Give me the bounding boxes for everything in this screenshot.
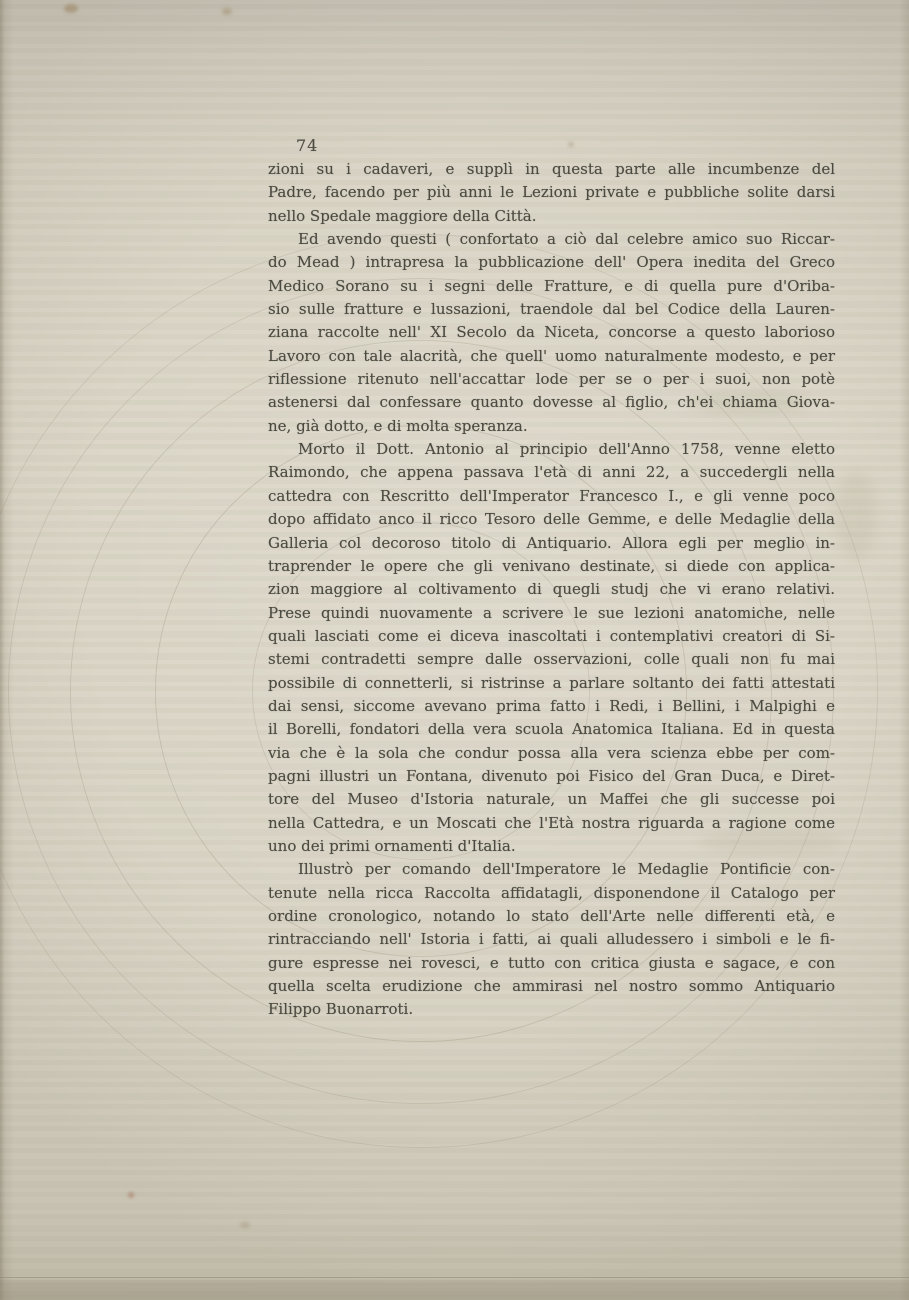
text-line: quella scelta erudizione che ammirasi ne… xyxy=(268,975,835,998)
text-line: Medico Sorano su i segni delle Fratture,… xyxy=(268,275,835,298)
text-line: quali lasciati come ei diceva inascoltat… xyxy=(268,625,835,648)
foxing-spot xyxy=(222,8,232,15)
text-line: Filippo Buonarroti. xyxy=(268,998,835,1021)
text-line: Prese quindi nuovamente a scrivere le su… xyxy=(268,602,835,625)
text-line: cattedra con Rescritto dell'Imperator Fr… xyxy=(268,485,835,508)
text-line: Ed avendo questi ( confortato a ciò dal … xyxy=(268,228,835,251)
text-line: astenersi dal confessare quanto dovesse … xyxy=(268,391,835,414)
text-line: Lavoro con tale alacrità, che quell' uom… xyxy=(268,345,835,368)
text-line: tenute nella ricca Raccolta affidatagli,… xyxy=(268,882,835,905)
text-line: zioni su i cadaveri, e supplì in questa … xyxy=(268,158,835,181)
text-line: stemi contradetti sempre dalle osservazi… xyxy=(268,648,835,671)
foxing-spot xyxy=(568,142,574,147)
text-line: riflessione ritenuto nell'accattar lode … xyxy=(268,368,835,391)
text-line: dai sensi, siccome avevano prima fatto i… xyxy=(268,695,835,718)
text-line: dopo affidato anco il ricco Tesoro delle… xyxy=(268,508,835,531)
text-line: il Borelli, fondatori della vera scuola … xyxy=(268,718,835,741)
foxing-spot xyxy=(128,1192,134,1198)
foxing-spot xyxy=(240,1222,250,1228)
text-line: do Mead ) intrapresa la pubblicazione de… xyxy=(268,251,835,274)
text-line: Morto il Dott. Antonio al principio dell… xyxy=(268,438,835,461)
body-text: zioni su i cadaveri, e supplì in questa … xyxy=(268,158,835,1022)
text-line: ne, già dotto, e di molta speranza. xyxy=(268,415,835,438)
text-line: rintracciando nell' Istoria i fatti, ai … xyxy=(268,928,835,951)
text-line: Galleria col decoroso titolo di Antiquar… xyxy=(268,532,835,555)
page-number: 74 xyxy=(296,136,318,155)
text-line: zion maggiore al coltivamento di quegli … xyxy=(268,578,835,601)
text-line: Raimondo, che appena passava l'età di an… xyxy=(268,461,835,484)
text-line: ordine cronologico, notando lo stato del… xyxy=(268,905,835,928)
foxing-spot xyxy=(64,4,78,13)
text-line: nella Cattedra, e un Moscati che l'Età n… xyxy=(268,812,835,835)
text-line: nello Spedale maggiore della Città. xyxy=(268,205,835,228)
text-line: tore del Museo d'Istoria naturale, un Ma… xyxy=(268,788,835,811)
text-line: gure espresse nei rovesci, e tutto con c… xyxy=(268,952,835,975)
text-line: ziana raccolte nell' XI Secolo da Niceta… xyxy=(268,321,835,344)
bleedthrough-smudge xyxy=(836,470,876,560)
text-line: Padre, facendo per più anni le Lezioni p… xyxy=(268,181,835,204)
text-line: possibile di connetterli, si ristrinse a… xyxy=(268,672,835,695)
text-line: sio sulle fratture e lussazioni, traendo… xyxy=(268,298,835,321)
text-line: pagni illustri un Fontana, divenuto poi … xyxy=(268,765,835,788)
text-line: traprender le opere che gli venivano des… xyxy=(268,555,835,578)
text-line: via che è la sola che condur possa alla … xyxy=(268,742,835,765)
text-line: Illustrò per comando dell'Imperatore le … xyxy=(268,858,835,881)
text-line: uno dei primi ornamenti d'Italia. xyxy=(268,835,835,858)
page-bottom-edge xyxy=(0,1277,909,1300)
